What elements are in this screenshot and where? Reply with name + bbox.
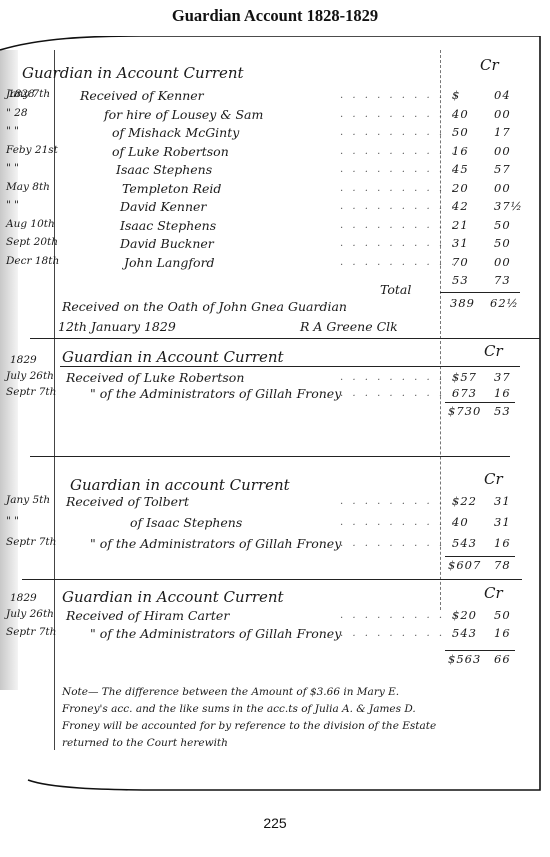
section-4-total-cents: 66 <box>494 652 511 666</box>
leader-dots: . . . . . . . . . . <box>340 517 457 528</box>
entry-description: of Luke Robertson <box>112 144 229 159</box>
section-divider <box>30 338 540 339</box>
entry-dollars: 42 <box>452 199 469 213</box>
entry-dollars: 673 <box>452 386 477 400</box>
entry-dollars: 31 <box>452 236 469 250</box>
entry-dollars: 543 <box>452 536 477 550</box>
leader-dots: . . . . . . . . . . <box>340 372 457 383</box>
section-3-total-dollars: $607 <box>448 558 481 572</box>
leader-dots: . . . . . . . . . . <box>340 109 457 120</box>
section-1-attestation: Received on the Oath of John Gnea Guardi… <box>62 299 347 314</box>
section-1-total-label: Total <box>380 282 411 297</box>
leader-dots: . . . . . . . . . . <box>340 201 457 212</box>
section-1-total-dollars: 389 <box>450 296 475 310</box>
entry-cents: 00 <box>494 144 511 158</box>
entry-dollars: 53 <box>452 273 469 287</box>
section-divider <box>30 456 510 457</box>
entry-description: of Mishack McGinty <box>112 125 239 140</box>
section-1-heading: Guardian in Account Current <box>22 64 244 82</box>
section-2-year: 1829 <box>10 354 37 366</box>
entry-dollars: $57 <box>452 370 477 384</box>
entry-date: Feby 21st <box>6 144 58 156</box>
entry-cents: 16 <box>494 536 511 550</box>
entry-cents: 37 <box>494 370 511 384</box>
entry-dollars: $20 <box>452 608 477 622</box>
section-1-credit-column: Cr <box>480 56 499 74</box>
entry-date: " " <box>6 125 19 137</box>
entry-description: Isaac Stephens <box>120 218 216 233</box>
section-1-signature: R A Greene Clk <box>300 319 398 334</box>
entry-dollars: $ <box>452 88 460 102</box>
entry-dollars: 20 <box>452 181 469 195</box>
entry-cents: 17 <box>494 125 511 139</box>
entry-description: Received of Tolbert <box>66 494 189 509</box>
entry-dollars: 21 <box>452 218 469 232</box>
entry-dollars: 45 <box>452 162 469 176</box>
entry-cents: 16 <box>494 386 511 400</box>
entry-date: " 28 <box>6 107 28 119</box>
entry-dollars: 70 <box>452 255 469 269</box>
entry-cents: 57 <box>494 162 511 176</box>
entry-description: Templeton Reid <box>122 181 221 196</box>
leader-dots: . . . . . . . . . . <box>340 257 457 268</box>
leader-dots: . . . . . . . . . . <box>340 146 457 157</box>
entry-dollars: 40 <box>452 515 469 529</box>
entry-description: Received of Kenner <box>80 88 204 103</box>
entry-description: Received of Luke Robertson <box>66 370 244 385</box>
section-3-total-rule <box>445 556 515 557</box>
entry-cents: 31 <box>494 494 511 508</box>
entry-date: " " <box>6 162 19 174</box>
entry-description: David Kenner <box>120 199 206 214</box>
leader-dots: . . . . . . . . . . <box>340 610 457 621</box>
section-4-credit-column: Cr <box>484 584 503 602</box>
entry-cents: 50 <box>494 236 511 250</box>
entry-cents: 31 <box>494 515 511 529</box>
section-3-total-cents: 78 <box>494 558 511 572</box>
leader-dots: . . . . . . . . . . <box>340 388 457 399</box>
entry-date: Septr 7th <box>6 386 56 398</box>
entry-description: for hire of Lousey & Sam <box>104 107 263 122</box>
section-2-total-cents: 53 <box>494 404 511 418</box>
entry-cents: 50 <box>494 608 511 622</box>
entry-cents: 50 <box>494 218 511 232</box>
entry-date: Aug 10th <box>6 218 55 230</box>
page-number: 225 <box>0 815 550 831</box>
entry-date: Jany 5th <box>6 494 50 506</box>
ledger-scan: Guardian in Account Current Cr 1828 Jany… <box>0 36 545 804</box>
section-3-credit-column: Cr <box>484 470 503 488</box>
section-1-total-rule <box>440 292 520 293</box>
section-4-total-rule <box>445 650 515 651</box>
entry-description: " of the Administrators of Gillah Froney <box>90 386 341 401</box>
section-4-year: 1829 <box>10 592 37 604</box>
entry-date: Sept 20th <box>6 236 58 248</box>
entry-cents: 00 <box>494 107 511 121</box>
section-3-heading: Guardian in account Current <box>70 476 290 494</box>
page-title: Guardian Account 1828-1829 <box>0 6 550 26</box>
section-2-heading: Guardian in Account Current <box>62 348 284 366</box>
entry-date: Septr 7th <box>6 536 56 548</box>
section-2-total-rule <box>445 402 515 403</box>
entry-cents: 73 <box>494 273 511 287</box>
section-4-heading: Guardian in Account Current <box>62 588 284 606</box>
leader-dots: . . . . . . . . . . <box>340 90 457 101</box>
leader-dots: . . . . . . . . . . <box>340 220 457 231</box>
entry-dollars: 16 <box>452 144 469 158</box>
entry-description: Received of Hiram Carter <box>66 608 229 623</box>
leader-dots: . . . . . . . . . . <box>340 183 457 194</box>
leader-dots: . . . . . . . . . . <box>340 238 457 249</box>
entry-description: John Langford <box>124 255 215 270</box>
section-divider <box>22 579 522 580</box>
entry-cents: 04 <box>494 88 511 102</box>
section-1-total-cents: 62½ <box>490 296 519 310</box>
entry-date: May 8th <box>6 181 50 193</box>
leader-dots: . . . . . . . . . . <box>340 164 457 175</box>
entry-dollars: 50 <box>452 125 469 139</box>
leader-dots: . . . . . . . . . . <box>340 127 457 138</box>
entry-description: David Buckner <box>120 236 214 251</box>
entry-date: July 26th <box>6 370 54 382</box>
entry-description: of Isaac Stephens <box>130 515 242 530</box>
entry-dollars: 40 <box>452 107 469 121</box>
section-2-total-dollars: $730 <box>448 404 481 418</box>
entry-date: Decr 18th <box>6 255 59 267</box>
section-2-credit-column: Cr <box>484 342 503 360</box>
entry-cents: 00 <box>494 181 511 195</box>
section-2-heading-rule <box>60 366 520 367</box>
entry-description: Isaac Stephens <box>116 162 212 177</box>
entry-cents: 16 <box>494 626 511 640</box>
entry-date: " " <box>6 199 19 211</box>
entry-cents: 37½ <box>494 199 523 213</box>
entry-cents: 00 <box>494 255 511 269</box>
section-1-attestation-date: 12th January 1829 <box>58 319 176 334</box>
entry-date: July 26th <box>6 608 54 620</box>
ledger-note: Note— The difference between the Amount … <box>62 684 442 752</box>
leader-dots: . . . . . . . . . . <box>340 538 457 549</box>
leader-dots: . . . . . . . . . . <box>340 628 457 639</box>
section-4-total-dollars: $563 <box>448 652 481 666</box>
entry-date: Septr 7th <box>6 626 56 638</box>
entry-description: " of the Administrators of Gillah Froney <box>90 626 341 641</box>
entry-date: " " <box>6 515 19 527</box>
entry-dollars: $22 <box>452 494 477 508</box>
leader-dots: . . . . . . . . . . <box>340 496 457 507</box>
entry-dollars: 543 <box>452 626 477 640</box>
entry-description: " of the Administrators of Gillah Froney <box>90 536 341 551</box>
entry-date: Jany 7th <box>6 88 50 100</box>
